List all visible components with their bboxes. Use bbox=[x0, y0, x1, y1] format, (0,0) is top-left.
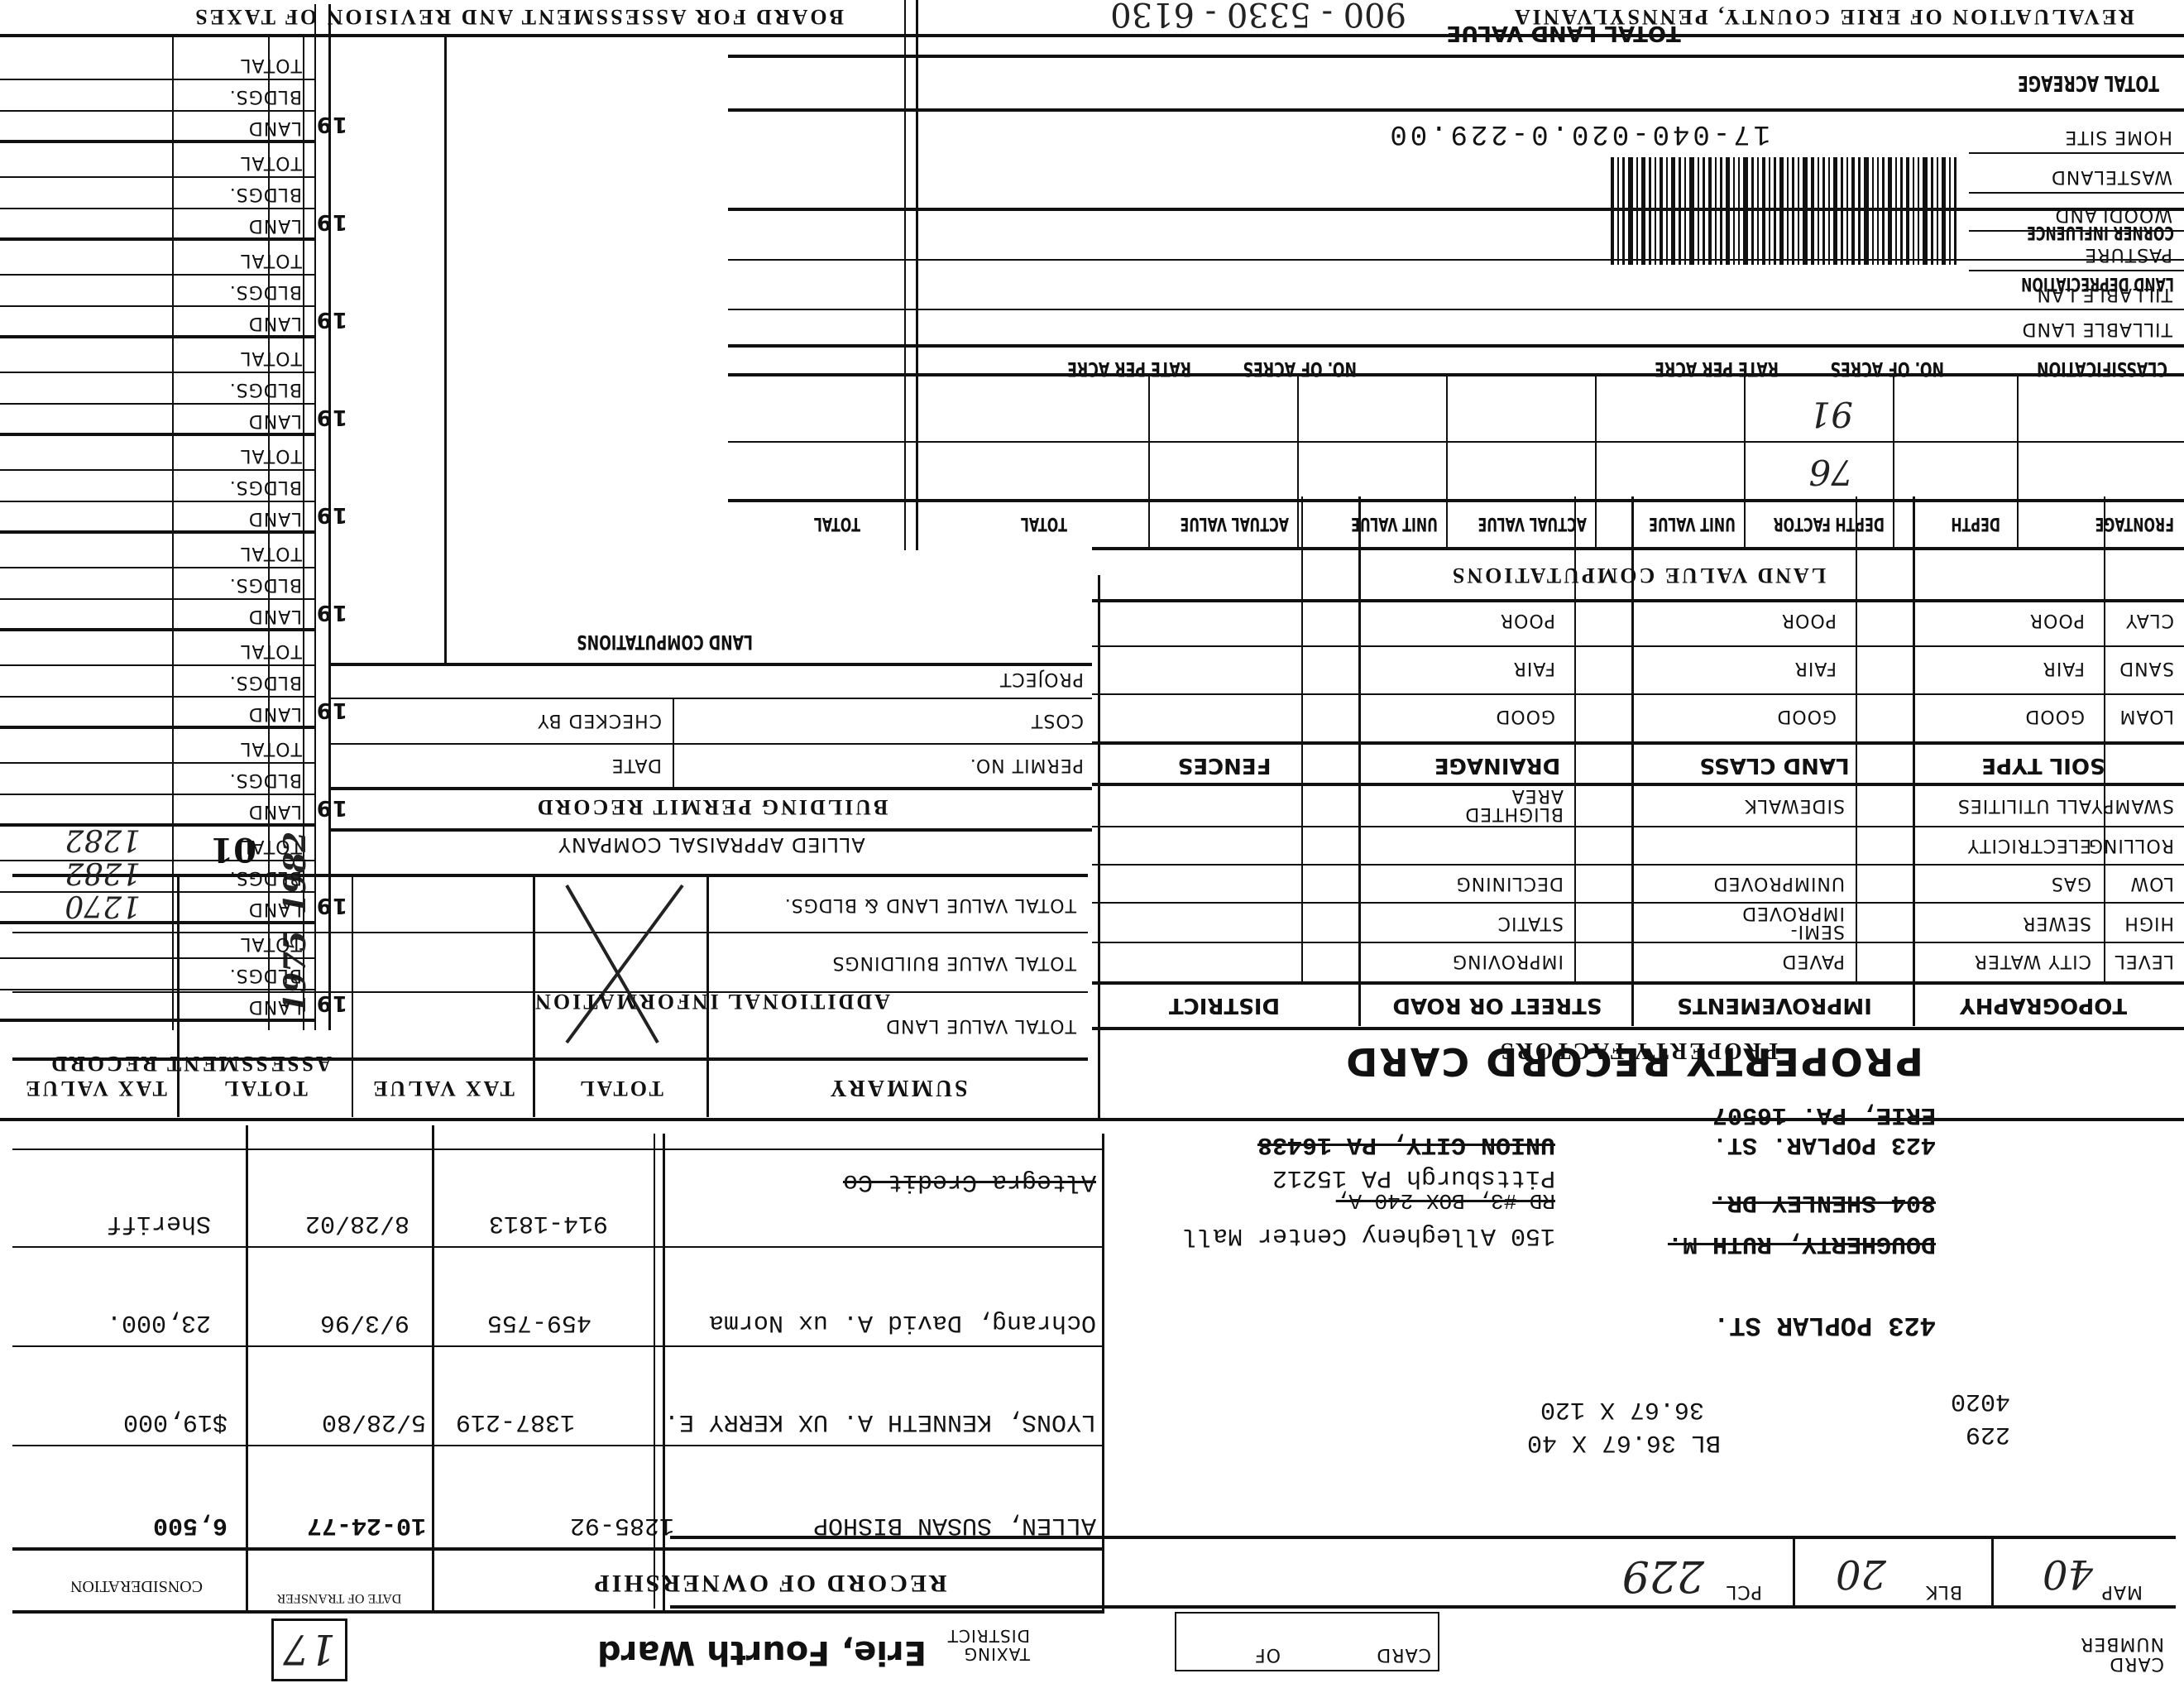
summary-tax-header: TAX VALUE bbox=[352, 1076, 534, 1101]
assessment-label-bldgs: BLDGS. bbox=[229, 86, 302, 107]
assessment-label-bldgs: BLDGS. bbox=[229, 672, 302, 693]
assessment-label-total: TOTAL bbox=[240, 348, 302, 368]
assessment-label-total: TOTAL bbox=[240, 738, 302, 759]
pf-sidewalk: SIDEWALK bbox=[1744, 795, 1845, 816]
lv-frontage: FRONTAGE bbox=[2095, 513, 2174, 534]
lv-hand-depth-factor-2: 91 bbox=[1809, 394, 1853, 434]
cost-label: COST bbox=[1031, 710, 1084, 731]
owner-name: Ochrang, David A. ux Norma bbox=[709, 1308, 1096, 1336]
land-class-fair: FAIR bbox=[2043, 658, 2085, 679]
drainage-good: GOOD bbox=[1776, 706, 1837, 727]
soil-type-header: SOIL TYPE bbox=[1919, 753, 2167, 778]
ownership-row: ALLEN, SUSAN BISHOP 1285-92 10-24-77 6,5… bbox=[12, 1448, 1104, 1547]
deed-ref: 459-755 bbox=[487, 1308, 591, 1336]
permit-no-label: PERMIT NO. bbox=[970, 755, 1084, 775]
acreage-no-of-acres: NO. OF ACRES bbox=[1831, 357, 1944, 381]
assessment-year-prefix: 19 bbox=[316, 795, 347, 820]
building-permit-title: BUILDING PERMIT RECORD bbox=[331, 794, 1092, 819]
taxing-district-value: Erie, Fourth Ward bbox=[597, 1633, 927, 1671]
acreage-rate-per-acre: RATE PER ACRE bbox=[1655, 357, 1779, 381]
consideration-header: CONSIDERATION bbox=[29, 1576, 244, 1595]
transfer-date: 10-24-77 bbox=[307, 1511, 426, 1539]
land-class-good: GOOD bbox=[2024, 706, 2085, 727]
assessment-year-prefix: 19 bbox=[316, 405, 347, 429]
project-label: PROJECT bbox=[999, 669, 1084, 689]
pf-blighted-area: BLIGHTED AREA bbox=[1431, 786, 1564, 822]
soil-loam: LOAM bbox=[2119, 706, 2174, 727]
ownership-section: RECORD OF OWNERSHIP DATE OF TRANSFER CON… bbox=[12, 1125, 1104, 1614]
assessment-label-total: TOTAL bbox=[240, 543, 302, 563]
assessment-label-total: TOTAL bbox=[240, 55, 302, 75]
revaluation-title: REVALUATION OF ERIE COUNTY, PENNSYLVANIA bbox=[1512, 4, 2134, 29]
assessment-label-land: LAND bbox=[248, 215, 302, 236]
assessment-label-total: TOTAL bbox=[240, 445, 302, 466]
consideration: 23,000. bbox=[107, 1308, 211, 1336]
parcel-barcode bbox=[1278, 157, 1956, 265]
pf-improving: IMPROVING bbox=[1452, 951, 1564, 971]
allied-appraisal-company: ALLIED APPRAISAL COMPANY bbox=[331, 833, 1092, 856]
ownership-title: RECORD OF OWNERSHIP bbox=[434, 1569, 1104, 1597]
consideration: $19,000 bbox=[123, 1407, 227, 1436]
pf-static: STATIC bbox=[1497, 913, 1564, 933]
assessment-label-total: TOTAL bbox=[240, 250, 302, 271]
pf-header-topography: TOPOGRAPHY bbox=[1919, 993, 2167, 1018]
map-label: MAP bbox=[2101, 1581, 2143, 1602]
transfer-date: 5/28/80 bbox=[322, 1407, 426, 1436]
assessment-label-total: TOTAL bbox=[240, 836, 302, 856]
pf-declining: DECLINING bbox=[1456, 873, 1564, 894]
assessment-label-land: LAND bbox=[248, 117, 302, 138]
blk-label: BLK bbox=[1925, 1581, 1962, 1602]
assessment-year-prefix: 19 bbox=[316, 502, 347, 527]
land-value-computations-title: LAND VALUE COMPUTATIONS bbox=[1092, 563, 2184, 587]
pf-low: LOW bbox=[2129, 873, 2174, 894]
assessment-label-land: LAND bbox=[248, 801, 302, 822]
mailing-line2: Pittsburgh PA 15212 bbox=[1272, 1163, 1555, 1192]
assessment-label-bldgs: BLDGS. bbox=[229, 770, 302, 790]
assessment-label-land: LAND bbox=[248, 313, 302, 333]
assessment-year-prefix: 19 bbox=[316, 600, 347, 625]
assessment-label-land: LAND bbox=[248, 606, 302, 626]
property-factors-title: PROPERTY FACTORS bbox=[1092, 1037, 2184, 1063]
pf-high: HIGH bbox=[2124, 913, 2174, 933]
assessment-label-bldgs: BLDGS. bbox=[229, 184, 302, 204]
consideration: 6,500 bbox=[153, 1511, 227, 1539]
assessment-label-land: LAND bbox=[248, 899, 302, 919]
assessment-year-prefix: 19 bbox=[316, 209, 347, 234]
summary-total-header-2: TOTAL bbox=[178, 1076, 352, 1101]
acreage-no-of-acres-2: NO. OF ACRES bbox=[1243, 357, 1357, 381]
board-title: BOARD FOR ASSESSMENT AND REVISION OF TAX… bbox=[193, 4, 844, 29]
boxed-number: 17 bbox=[271, 1618, 347, 1681]
assessment-total-value: 1282 bbox=[65, 822, 141, 856]
transfer-date: 9/3/96 bbox=[320, 1308, 409, 1336]
permit-date-label: DATE bbox=[611, 755, 662, 775]
soil-sand: SAND bbox=[2119, 658, 2174, 679]
card-number-label: CARD NUMBER bbox=[2065, 1633, 2164, 1673]
soil-clay: CLAY bbox=[2125, 610, 2174, 631]
assessment-label-bldgs: BLDGS. bbox=[229, 281, 302, 302]
fences-header: FENCES bbox=[1092, 753, 1357, 778]
assessment-label-total: TOTAL bbox=[240, 640, 302, 661]
pf-paved: PAVED bbox=[1782, 951, 1845, 971]
fences-fair: FAIR bbox=[1513, 658, 1555, 679]
land-class-poor: POOR bbox=[2029, 610, 2085, 631]
card-label: CARD bbox=[1376, 1644, 1431, 1665]
lv-total-2: TOTAL bbox=[814, 513, 860, 534]
assessment-label-land: LAND bbox=[248, 703, 302, 724]
assessment-year-prefix: 19 bbox=[316, 698, 347, 722]
acreage-rate-per-acre-2: RATE PER ACRE bbox=[1067, 357, 1191, 381]
pf-level: LEVEL bbox=[2115, 951, 2174, 971]
map-value: 40 bbox=[2043, 1551, 2093, 1597]
barcode-bars bbox=[1278, 157, 1956, 265]
lv-unit-value-2: UNIT VALUE bbox=[1351, 513, 1438, 534]
prior-owner-address: 804 SHENLEY DR. bbox=[1712, 1188, 1936, 1216]
assessment-year-prefix: 19 bbox=[316, 893, 347, 918]
drainage-poor: POOR bbox=[1781, 610, 1837, 631]
acreage-wasteland: WASTELAND bbox=[2051, 166, 2172, 187]
additional-info-title: ADDITIONAL INFORMATION bbox=[331, 989, 1092, 1014]
lv-unit-value: UNIT VALUE bbox=[1649, 513, 1736, 534]
pf-header-district: DISTRICT bbox=[1092, 993, 1357, 1018]
summary-title: SUMMARY bbox=[707, 1074, 1088, 1101]
property-address: 423 POPLAR ST. bbox=[1713, 1310, 1936, 1340]
mailing-line1: 150 Allegheny Center Mall bbox=[1183, 1221, 1555, 1249]
mailing-struck-2: UNION CITY, PA 16438 bbox=[1257, 1130, 1555, 1158]
property-factors-table: TOPOGRAPHY IMPROVEMENTS STREET OR ROAD D… bbox=[1092, 496, 2184, 1026]
assessment-year-prefix: 19 bbox=[316, 307, 347, 332]
card-of-label: OF bbox=[1254, 1644, 1281, 1665]
barcode-parcel-id: 17-040-020.0-229.00 bbox=[1387, 117, 1770, 149]
map-code: 229 bbox=[1966, 1420, 2010, 1448]
pf-header-improvements: IMPROVEMENTS bbox=[1638, 993, 1911, 1018]
prior-owner: DOUGHERTY, RUTH M. bbox=[1668, 1230, 1936, 1258]
checked-by-label: CHECKED BY bbox=[537, 710, 662, 731]
assessment-label-land: LAND bbox=[248, 996, 302, 1017]
owner-name: ALLEN, SUSAN BISHOP bbox=[813, 1511, 1096, 1539]
lv-depth-factor: DEPTH FACTOR bbox=[1773, 513, 1885, 534]
acreage-home-site: HOME SITE bbox=[2064, 127, 2172, 147]
fences-good: GOOD bbox=[1495, 706, 1555, 727]
taxing-district-label: TAXING DISTRICT bbox=[931, 1627, 1030, 1663]
pf-swampy: SWAMPY bbox=[2091, 795, 2174, 816]
pf-header-street: STREET OR ROAD bbox=[1365, 993, 1630, 1018]
map-code-alt: 4020 bbox=[1951, 1387, 2010, 1415]
handwritten-reference: 900 - 5330 - 6130 bbox=[1110, 0, 1406, 33]
assessment-record-title: ASSESSMENT RECORD bbox=[17, 1051, 364, 1076]
pf-gas: GAS bbox=[2051, 873, 2091, 894]
assessment-year-prefix: 19 bbox=[316, 990, 347, 1015]
pf-unimproved: UNIMPROVED bbox=[1713, 873, 1845, 894]
ownership-row: Ochrang, David A. ux Norma 459-755 9/3/9… bbox=[12, 1254, 1104, 1345]
pcl-label: PCL bbox=[1726, 1581, 1762, 1602]
pf-city-water: CITY WATER bbox=[1974, 951, 2091, 971]
lv-total: TOTAL bbox=[1021, 513, 1067, 534]
assessment-year-prefix: 19 bbox=[316, 112, 347, 137]
transfer-date: 8/28/02 bbox=[305, 1209, 409, 1237]
assessment-land-value: 1270 bbox=[65, 889, 141, 923]
lv-actual-value: ACTUAL VALUE bbox=[1478, 513, 1587, 534]
deed-ref: 914-1813 bbox=[489, 1209, 608, 1237]
pf-semi-improved: SEMI-IMPROVED bbox=[1696, 904, 1845, 940]
owner-address-line1: 423 POPLAR. ST. bbox=[1712, 1130, 1936, 1158]
assessment-label-bldgs: BLDGS. bbox=[229, 477, 302, 497]
assessment-label-total: TOTAL bbox=[240, 152, 302, 173]
pf-sewer: SEWER bbox=[2022, 913, 2091, 933]
owner-address-line2: ERIE, PA. 16507 bbox=[1712, 1101, 1936, 1129]
summary-tax-header-2: TAX VALUE bbox=[12, 1076, 178, 1101]
lv-actual-value-2: ACTUAL VALUE bbox=[1180, 513, 1289, 534]
assessment-label-land: LAND bbox=[248, 508, 302, 529]
mailing-struck-1: RD #3, BOX 240 A, bbox=[1336, 1188, 1555, 1213]
assessment-label-bldgs: BLDGS. bbox=[229, 867, 302, 888]
fences-poor: POOR bbox=[1500, 610, 1555, 631]
assessment-label-bldgs: BLDGS. bbox=[229, 379, 302, 400]
deed-ref: 1387-219 bbox=[456, 1407, 575, 1436]
pcl-value: 229 bbox=[1622, 1551, 1704, 1600]
assessment-label-bldgs: BLDGS. bbox=[229, 965, 302, 985]
owner-name: Altegra Credit Co bbox=[843, 1168, 1096, 1196]
acreage-tillable-land: TILLABLE LAND bbox=[2022, 319, 2172, 339]
lv-hand-depth-factor-1: 76 bbox=[1809, 452, 1853, 492]
acreage-classification: CLASSIFICATION bbox=[2037, 357, 2167, 381]
lv-depth: DEPTH bbox=[1951, 513, 2000, 534]
drainage-fair: FAIR bbox=[1794, 658, 1837, 679]
acreage-woodland: WOODLAND bbox=[2054, 204, 2172, 225]
pf-rolling: ROLLING bbox=[2088, 835, 2174, 856]
assessment-label-land: LAND bbox=[248, 410, 302, 431]
ownership-row: LYONS, KENNETH A. UX KERRY E. 1387-219 5… bbox=[12, 1353, 1104, 1444]
blk-value: 20 bbox=[1836, 1551, 1886, 1597]
summary-total-header: TOTAL bbox=[534, 1076, 707, 1101]
land-computations-label: LAND COMPUTATIONS bbox=[577, 631, 753, 654]
property-record-card: CARD NUMBER CARD OF TAXING DISTRICT Erie… bbox=[0, 0, 2184, 1688]
pf-all-utilities: ALL UTILITIES bbox=[1957, 795, 2091, 816]
land-class-header: LAND CLASS bbox=[1638, 753, 1911, 778]
lot-dimensions: 36.67 X 120 bbox=[1540, 1395, 1704, 1423]
ownership-row: 914-1813 8/28/02 Sheriff Altegra Credit … bbox=[12, 1163, 1104, 1245]
assessment-label-total: TOTAL bbox=[240, 933, 302, 954]
deed-ref: 1285-92 bbox=[570, 1511, 674, 1539]
bl-dimensions: BL 36.67 X 40 bbox=[1527, 1428, 1721, 1456]
date-of-transfer-header: DATE OF TRANSFER bbox=[248, 1590, 430, 1605]
drainage-header: DRAINAGE bbox=[1365, 753, 1630, 778]
acreage-pasture: PASTURE bbox=[2084, 244, 2172, 265]
acreage-tillable-lan: TILLABLE LAN bbox=[2036, 284, 2172, 305]
consideration: Sheriff bbox=[107, 1209, 211, 1237]
assessment-label-bldgs: BLDGS. bbox=[229, 574, 302, 595]
card-of-box: CARD OF bbox=[1175, 1612, 1439, 1671]
owner-name: LYONS, KENNETH A. UX KERRY E. bbox=[664, 1407, 1096, 1436]
total-acreage-label: TOTAL ACREAGE bbox=[2018, 70, 2159, 95]
pf-electricity: ELECTRICITY bbox=[1967, 835, 2091, 856]
